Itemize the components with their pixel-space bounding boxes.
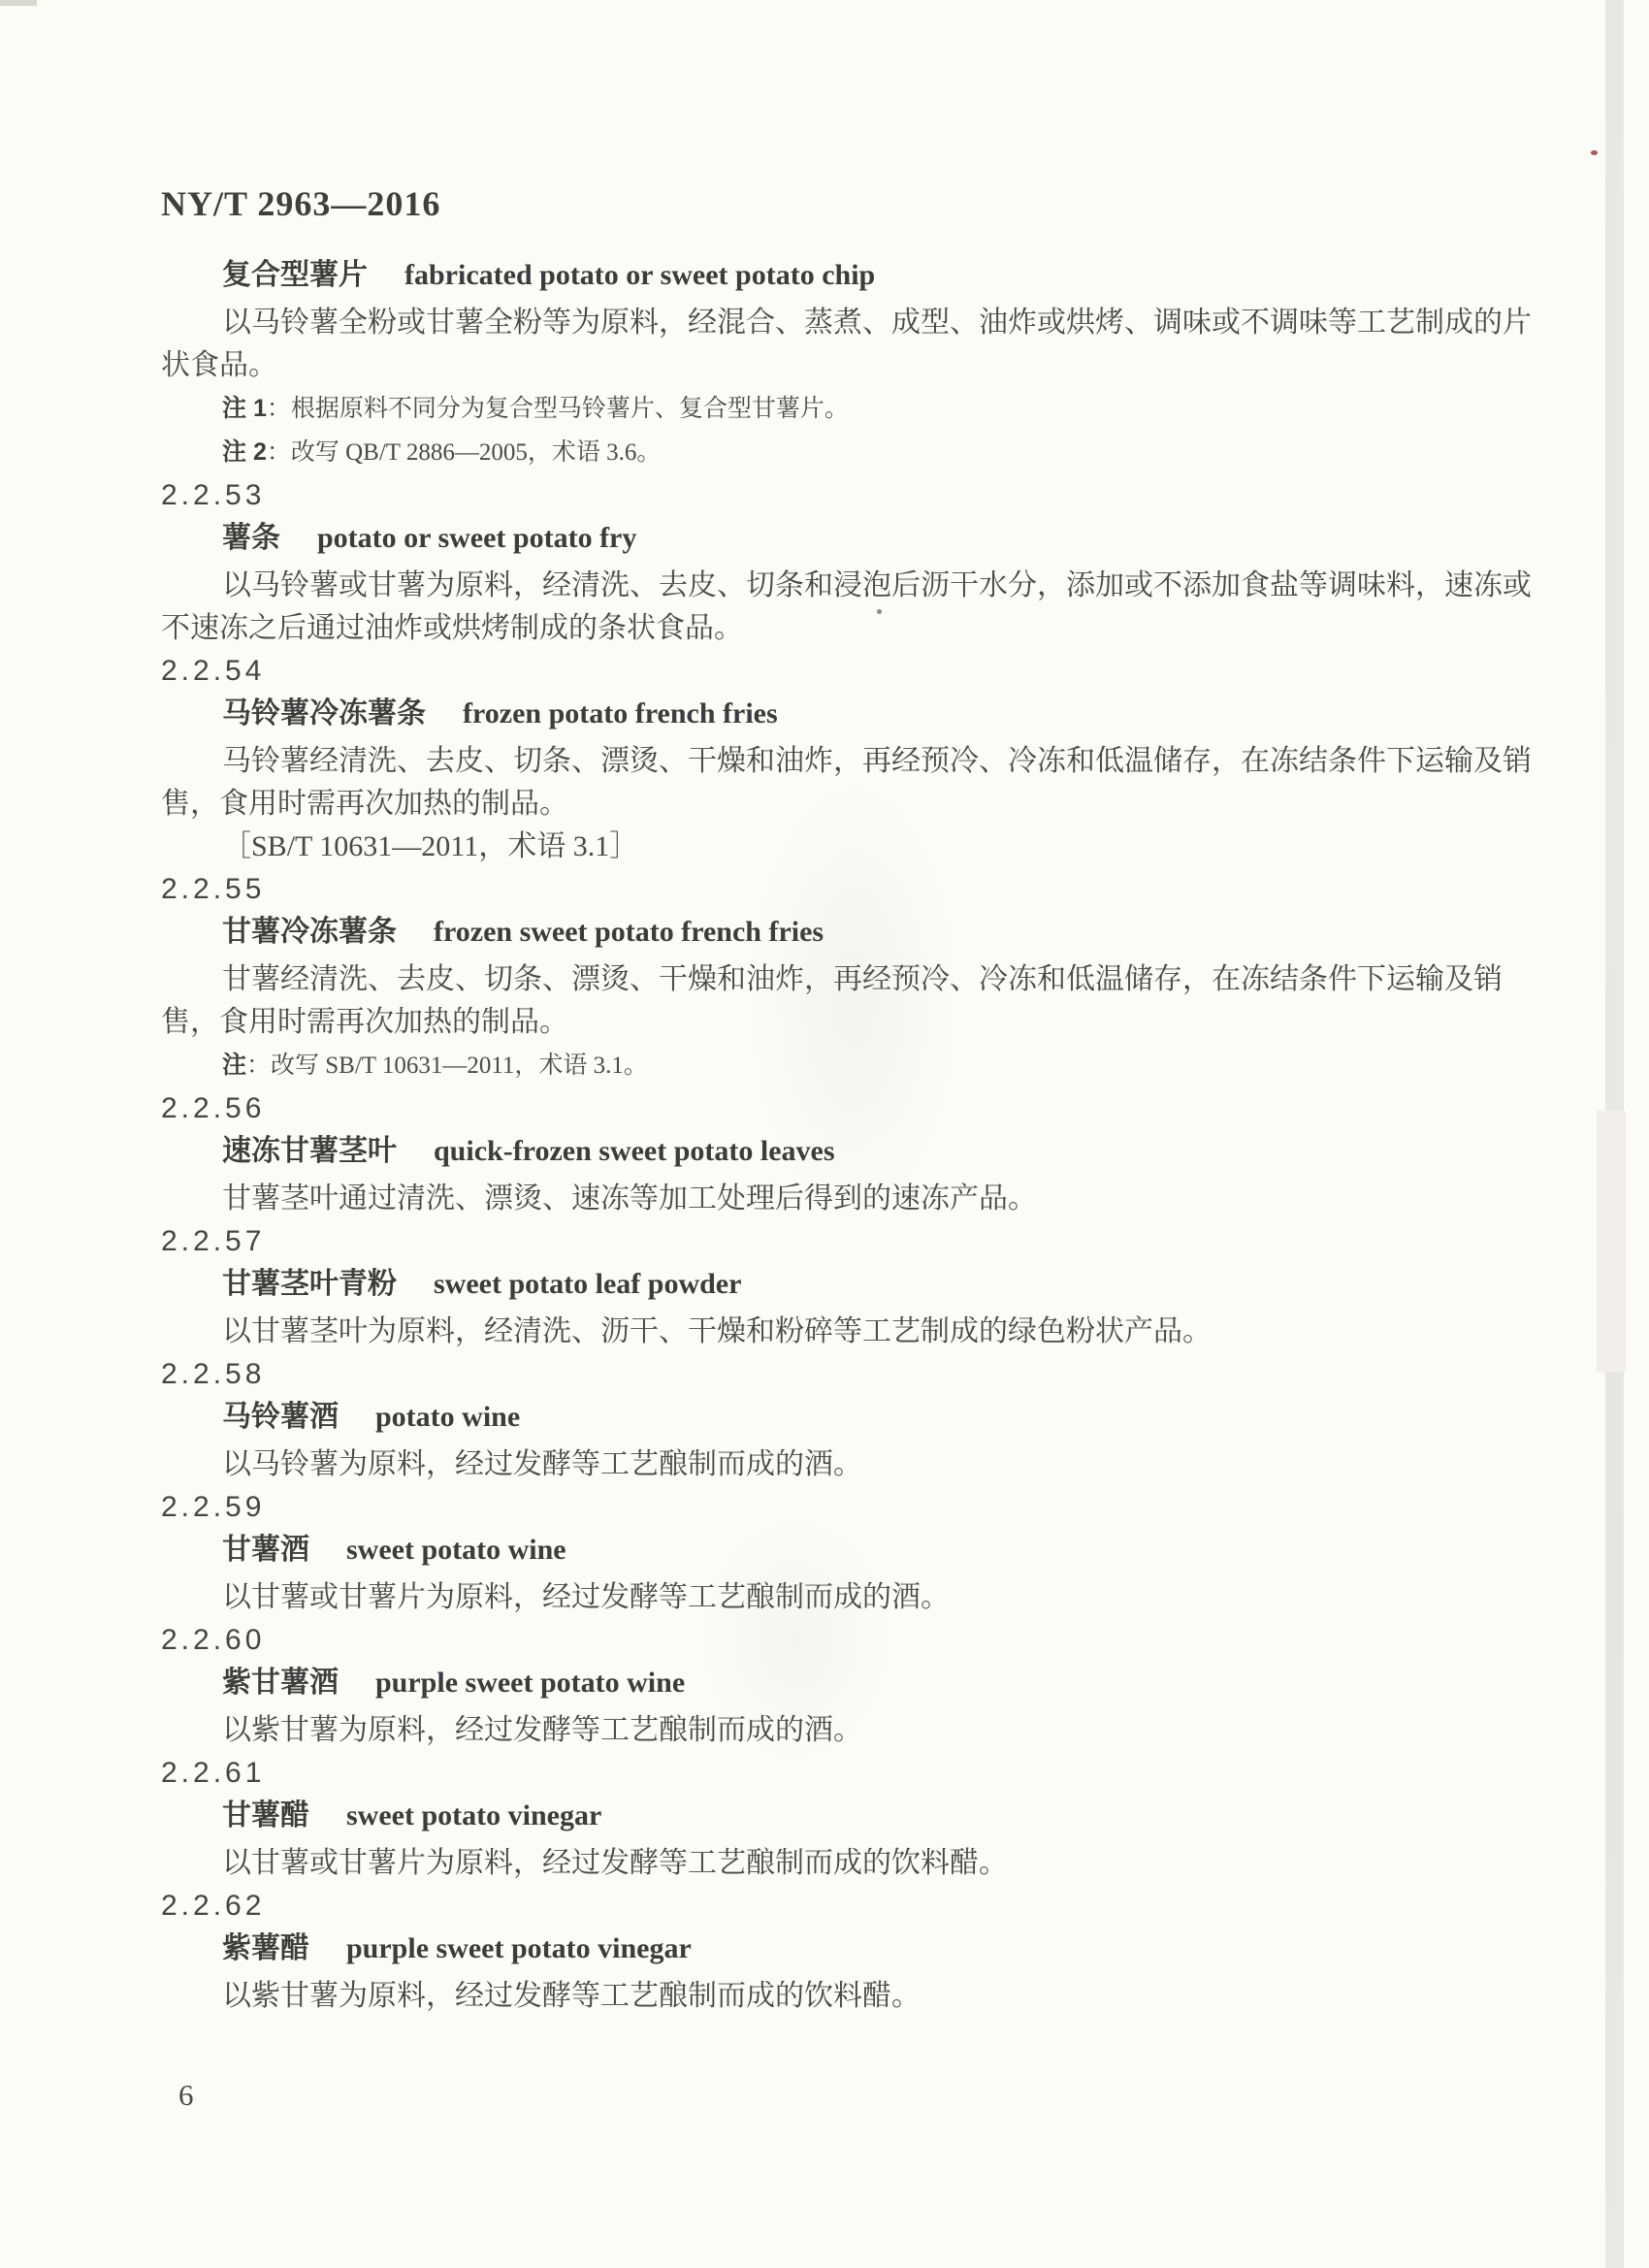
term-entry: 2.2.61 甘薯醋sweet potato vinegar 以甘薯或甘薯片为原… <box>161 1752 1538 1885</box>
term-chinese: 马铃薯冷冻薯条 <box>222 697 426 729</box>
scan-corner-mark <box>0 0 37 6</box>
term-english: sweet potato leaf powder <box>434 1268 741 1300</box>
term-chinese: 复合型薯片 <box>222 259 368 291</box>
term-chinese: 紫薯醋 <box>222 1932 309 1964</box>
term-chinese: 甘薯冷冻薯条 <box>222 916 397 948</box>
print-speck <box>877 609 882 614</box>
clause-number: 2.2.53 <box>161 474 1538 517</box>
clause-number: 2.2.62 <box>161 1885 1538 1928</box>
term-english: frozen potato french fries <box>463 697 778 729</box>
term-chinese: 甘薯茎叶青粉 <box>222 1268 397 1300</box>
term-line: 复合型薯片fabricated potato or sweet potato c… <box>222 254 1538 302</box>
note-label: 注 2 <box>222 438 267 466</box>
term-definition: 以马铃薯为原料，经过发酵等工艺酿制而成的酒。 <box>161 1443 1538 1486</box>
note-text: ：改写 SB/T 10631—2011，术语 3.1。 <box>246 1053 648 1079</box>
scan-smudge <box>747 776 960 1222</box>
term-english: sweet potato vinegar <box>346 1799 601 1831</box>
term-english: potato or sweet potato fry <box>317 522 636 554</box>
scan-smudge <box>698 1513 892 1766</box>
term-chinese: 甘薯醋 <box>222 1799 309 1831</box>
clause-number: 2.2.54 <box>161 650 1538 693</box>
term-note: 注 2：改写 QB/T 2886—2005，术语 3.6。 <box>222 431 1538 474</box>
note-label: 注 <box>222 1052 246 1079</box>
term-english: fabricated potato or sweet potato chip <box>404 259 875 291</box>
term-english: purple sweet potato vinegar <box>346 1932 692 1964</box>
term-chinese: 马铃薯酒 <box>222 1401 339 1433</box>
term-definition: 以紫甘薯为原料，经过发酵等工艺酿制而成的饮料醋。 <box>161 1975 1538 2018</box>
term-chinese: 甘薯酒 <box>222 1534 309 1566</box>
note-text: ：改写 QB/T 2886—2005，术语 3.6。 <box>267 439 662 466</box>
term-chinese: 速冻甘薯茎叶 <box>222 1135 397 1167</box>
page-edge-notch <box>1597 1111 1626 1373</box>
term-english: purple sweet potato wine <box>375 1667 685 1699</box>
term-entry: 2.2.58 马铃薯酒potato wine 以马铃薯为原料，经过发酵等工艺酿制… <box>161 1353 1538 1486</box>
term-chinese: 紫甘薯酒 <box>222 1667 339 1699</box>
clause-number: 2.2.57 <box>161 1220 1538 1263</box>
term-entry: 2.2.53 薯条potato or sweet potato fry 以马铃薯… <box>161 474 1538 650</box>
clause-number: 2.2.58 <box>161 1353 1538 1396</box>
term-english: potato wine <box>375 1401 520 1433</box>
term-line: 马铃薯冷冻薯条frozen potato french fries <box>222 693 1538 740</box>
term-note: 注 1：根据原料不同分为复合型马铃薯片、复合型甘薯片。 <box>222 387 1538 431</box>
term-line: 甘薯茎叶青粉sweet potato leaf powder <box>222 1263 1538 1311</box>
term-line: 紫薯醋purple sweet potato vinegar <box>222 1928 1538 1975</box>
term-definition: 以甘薯茎叶为原料，经清洗、沥干、干燥和粉碎等工艺制成的绿色粉状产品。 <box>161 1311 1538 1353</box>
term-english: sweet potato wine <box>346 1534 566 1566</box>
standard-number-header: NY/T 2963—2016 <box>161 182 1538 225</box>
red-ink-speck <box>1591 150 1598 155</box>
term-line: 薯条potato or sweet potato fry <box>222 517 1538 565</box>
note-label: 注 1 <box>222 395 267 422</box>
term-definition: 以马铃薯或甘薯为原料，经清洗、去皮、切条和浸泡后沥干水分，添加或不添加食盐等调味… <box>161 565 1538 650</box>
term-entry: 2.2.57 甘薯茎叶青粉sweet potato leaf powder 以甘… <box>161 1220 1538 1353</box>
term-definition: 以马铃薯全粉或甘薯全粉等为原料，经混合、蒸煮、成型、油炸或烘烤、调味或不调味等工… <box>161 302 1538 387</box>
term-chinese: 薯条 <box>222 522 280 554</box>
page-number: 6 <box>178 2078 194 2113</box>
term-line: 甘薯醋sweet potato vinegar <box>222 1795 1538 1842</box>
term-entry-intro: 复合型薯片fabricated potato or sweet potato c… <box>161 254 1538 474</box>
scanned-standard-page: NY/T 2963—2016 复合型薯片fabricated potato or… <box>0 0 1649 2268</box>
note-text: ：根据原料不同分为复合型马铃薯片、复合型甘薯片。 <box>267 396 849 422</box>
term-definition: 以甘薯或甘薯片为原料，经过发酵等工艺酿制而成的饮料醋。 <box>161 1842 1538 1885</box>
term-line: 马铃薯酒potato wine <box>222 1396 1538 1443</box>
term-entry: 2.2.62 紫薯醋purple sweet potato vinegar 以紫… <box>161 1885 1538 2018</box>
